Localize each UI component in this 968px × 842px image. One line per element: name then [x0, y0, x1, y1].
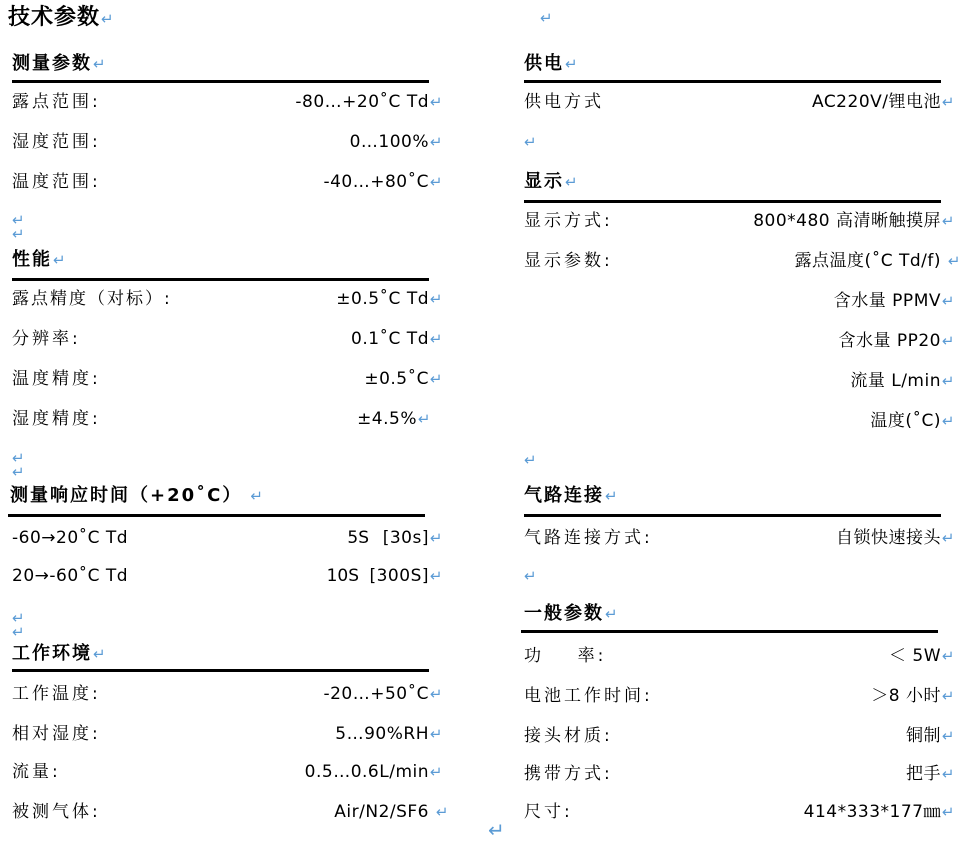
param-row-flow: 流量: 0.5…0.6L/min↵ — [12, 758, 429, 786]
param-row-power: 功 率: ＜ 5W↵ — [524, 642, 941, 670]
param-value: ±0.5˚C Td↵ — [336, 285, 429, 313]
paragraph-mark-icon: ↵ — [430, 168, 443, 196]
param-row-dewpoint-accuracy: 露点精度（对标）: ±0.5˚C Td↵ — [12, 285, 429, 313]
param-value: 露点温度(˚C Td/f)↵ — [795, 247, 941, 275]
param-label: 携带方式: — [524, 760, 613, 788]
param-value-text: AC220V/锂电池 — [812, 92, 941, 112]
param-value-text: 414*333*177㎜ — [804, 802, 941, 822]
paragraph-mark-icon: ↵ — [942, 682, 955, 710]
paragraph-mark-icon: ↵ — [430, 524, 443, 552]
param-label: 湿度范围: — [12, 128, 101, 156]
paragraph-mark-icon: ↵ — [605, 487, 620, 505]
left-column: 测量参数↵ 露点范围: -80…+20˚C Td↵ 湿度范围: 0…100%↵ … — [12, 0, 429, 842]
section-rule — [524, 514, 941, 517]
param-row-relative-humidity: 相对湿度: 5…90%RH↵ — [12, 720, 429, 748]
param-value-text: 自锁快速接头 — [836, 528, 941, 548]
section-heading-response-time: 测量响应时间（+20˚C）↵ — [10, 484, 265, 508]
heading-text: 测量参数 — [12, 53, 92, 74]
param-row-gas-connection-method: 气路连接方式: 自锁快速接头↵ — [524, 524, 941, 552]
paragraph-mark-icon: ↵ — [565, 55, 580, 73]
param-value: ＜ 5W↵ — [889, 642, 941, 670]
param-row-measured-gas: 被测气体: Air/N2/SF6↵ — [12, 798, 429, 826]
param-label: 尺寸: — [524, 798, 573, 826]
param-row-carry-method: 携带方式: 把手↵ — [524, 760, 941, 788]
param-row-resolution: 分辨率: 0.1˚C Td↵ — [12, 325, 429, 353]
response-value-typical: 10S — [327, 562, 359, 590]
paragraph-mark-icon: ↵ — [948, 247, 961, 275]
paragraph-mark-icon: ↵ — [430, 562, 443, 590]
param-label: 接头材质: — [524, 722, 613, 750]
paragraph-mark-icon: ↵ — [436, 798, 449, 826]
param-row-temperature-accuracy: 温度精度: ±0.5˚C↵ — [12, 365, 429, 393]
param-value: ±0.5˚C↵ — [364, 365, 429, 393]
section-heading-general: 一般参数↵ — [524, 602, 620, 626]
param-row-battery-time: 电池工作时间: ＞8 小时↵ — [524, 682, 941, 710]
response-value-max: [30s]↵ — [383, 524, 429, 552]
param-value-text: 把手 — [906, 764, 941, 784]
heading-text: 供电 — [524, 53, 564, 74]
paragraph-mark-icon: ↵ — [430, 720, 443, 748]
section-heading-display: 显示↵ — [524, 170, 580, 194]
response-label: 20→-60˚C Td — [12, 562, 128, 590]
section-rule — [524, 200, 941, 203]
param-value-text: 含水量 PPMV — [834, 291, 941, 311]
param-value-text: [30s] — [383, 528, 429, 548]
paragraph-mark-icon: ↵ — [942, 287, 955, 315]
section-rule — [12, 278, 429, 281]
param-value-text: [300S] — [369, 566, 429, 586]
param-value-text: 铜制 — [906, 726, 941, 746]
param-row-dewpoint-range: 露点范围: -80…+20˚C Td↵ — [12, 88, 429, 116]
param-value: 0…100%↵ — [350, 128, 429, 156]
section-heading-power-supply: 供电↵ — [524, 52, 580, 76]
paragraph-mark-icon: ↵ — [430, 758, 443, 786]
param-row-display-ppmv: 含水量 PPMV↵ — [524, 287, 941, 315]
section-rule — [524, 80, 941, 83]
paragraph-mark-icon: ↵ — [53, 251, 68, 269]
paragraph-mark-icon: ↵ — [93, 55, 108, 73]
param-label: 工作温度: — [12, 680, 101, 708]
paragraph-mark-icon: ↵ — [488, 822, 505, 838]
param-value: Air/N2/SF6↵ — [334, 798, 429, 826]
paragraph-mark-icon: ↵ — [430, 88, 443, 116]
param-value-text: 流量 L/min — [850, 371, 941, 391]
section-rule — [521, 630, 938, 633]
paragraph-mark-icon: ↵ — [430, 680, 443, 708]
param-value-text: 0.1˚C Td — [351, 329, 429, 349]
param-label: 功 率: — [524, 642, 606, 670]
param-value: ＞8 小时↵ — [871, 682, 941, 710]
paragraph-mark-icon: ↵ — [942, 642, 955, 670]
paragraph-mark-icon: ↵ — [565, 173, 580, 191]
section-rule — [8, 514, 425, 517]
paragraph-mark-icon: ↵ — [430, 325, 443, 353]
response-row-up: 20→-60˚C Td 10S [300S]↵ — [12, 562, 429, 590]
heading-text: 测量响应时间（+20˚C） — [10, 485, 242, 506]
param-value-text: ±4.5% — [357, 409, 417, 429]
param-value-text: 5…90%RH — [335, 724, 429, 744]
param-value: -80…+20˚C Td↵ — [295, 88, 429, 116]
heading-text: 气路连接 — [524, 485, 604, 506]
param-label: 电池工作时间: — [524, 682, 653, 710]
paragraph-mark-icon: ↵ — [418, 405, 431, 433]
paragraph-mark-icon: ↵ — [605, 605, 620, 623]
section-rule — [12, 80, 429, 83]
param-row-display-temperature: 温度(˚C)↵ — [524, 407, 941, 435]
param-row-humidity-accuracy: 湿度精度: ±4.5%↵ — [12, 405, 429, 433]
paragraph-mark-icon: ↵ — [93, 645, 108, 663]
response-value-typical: 5S — [347, 524, 369, 552]
param-value-text: 0…100% — [350, 132, 429, 152]
param-value: 0.1˚C Td↵ — [351, 325, 429, 353]
heading-text: 显示 — [524, 171, 564, 192]
param-value-text: 含水量 PP20 — [838, 331, 941, 351]
param-value: 含水量 PPMV↵ — [834, 287, 941, 315]
param-label: 露点范围: — [12, 88, 101, 116]
param-value: 含水量 PP20↵ — [838, 327, 941, 355]
param-row-dimensions: 尺寸: 414*333*177㎜↵ — [524, 798, 941, 826]
param-label: 湿度精度: — [12, 405, 101, 433]
paragraph-mark-icon: ↵ — [942, 524, 955, 552]
heading-text: 工作环境 — [12, 643, 92, 664]
param-label: 分辨率: — [12, 325, 81, 353]
param-label: 被测气体: — [12, 798, 101, 826]
section-heading-performance: 性能↵ — [12, 248, 68, 272]
paragraph-mark-icon: ↵ — [524, 134, 537, 150]
param-label: 温度精度: — [12, 365, 101, 393]
paragraph-mark-icon: ↵ — [942, 760, 955, 788]
param-value-text: ±0.5˚C Td — [336, 289, 429, 309]
param-row-display-pp20: 含水量 PP20↵ — [524, 327, 941, 355]
heading-text: 性能 — [12, 249, 52, 270]
param-value-text: -40…+80˚C — [323, 172, 429, 192]
param-value-text: 温度(˚C) — [870, 411, 941, 431]
param-label: 露点精度（对标）: — [12, 285, 172, 313]
param-label: 温度范围: — [12, 168, 101, 196]
paragraph-mark-icon: ↵ — [430, 365, 443, 393]
param-label: 显示参数: — [524, 247, 613, 275]
param-row-display-flow: 流量 L/min↵ — [524, 367, 941, 395]
section-heading-gas-connection: 气路连接↵ — [524, 484, 620, 508]
param-value-text: ＜ 5W — [889, 646, 941, 666]
param-value: 温度(˚C)↵ — [870, 407, 941, 435]
param-row-display-type: 显示方式: 800*480 高清晰触摸屏↵ — [524, 207, 941, 235]
response-value-max: [300S]↵ — [369, 562, 429, 590]
section-rule — [12, 669, 429, 672]
paragraph-mark-icon: ↵ — [524, 452, 537, 468]
param-row-humidity-range: 湿度范围: 0…100%↵ — [12, 128, 429, 156]
param-value: -20…+50˚C↵ — [323, 680, 429, 708]
section-heading-work-environment: 工作环境↵ — [12, 642, 108, 666]
section-heading-measurement-params: 测量参数↵ — [12, 52, 108, 76]
param-label: 供电方式 — [524, 88, 604, 116]
param-value: -40…+80˚C↵ — [323, 168, 429, 196]
heading-text: 一般参数 — [524, 603, 604, 624]
param-value: 把手↵ — [906, 760, 941, 788]
paragraph-mark-icon: ↵ — [942, 722, 955, 750]
param-value: 铜制↵ — [906, 722, 941, 750]
param-value-text: -20…+50˚C — [323, 684, 429, 704]
response-label: -60→20˚C Td — [12, 524, 128, 552]
param-value: 5…90%RH↵ — [335, 720, 429, 748]
param-value-text: -80…+20˚C Td — [295, 92, 429, 112]
param-row-display-params: 显示参数: 露点温度(˚C Td/f)↵ — [524, 247, 941, 275]
paragraph-mark-icon: ↵ — [942, 367, 955, 395]
paragraph-mark-icon: ↵ — [942, 88, 955, 116]
param-label: 气路连接方式: — [524, 524, 653, 552]
param-label: 流量: — [12, 758, 61, 786]
right-column: 供电↵ 供电方式 AC220V/锂电池↵ ↵ 显示↵ 显示方式: 800*480… — [524, 0, 941, 842]
paragraph-mark-icon: ↵ — [430, 128, 443, 156]
paragraph-mark-icon: ↵ — [942, 407, 955, 435]
param-label: 相对湿度: — [12, 720, 101, 748]
param-value-text: Air/N2/SF6 — [334, 802, 429, 822]
param-value: 414*333*177㎜↵ — [804, 798, 941, 826]
param-row-power-method: 供电方式 AC220V/锂电池↵ — [524, 88, 941, 116]
response-row-down: -60→20˚C Td 5S [30s]↵ — [12, 524, 429, 552]
paragraph-mark-icon: ↵ — [12, 624, 25, 640]
paragraph-mark-icon: ↵ — [942, 207, 955, 235]
param-value-text: ＞8 小时 — [871, 686, 941, 706]
param-value: 流量 L/min↵ — [850, 367, 941, 395]
param-value: 自锁快速接头↵ — [836, 524, 941, 552]
paragraph-mark-icon: ↵ — [430, 285, 443, 313]
paragraph-mark-icon: ↵ — [942, 798, 955, 826]
param-value: ±4.5%↵ — [357, 405, 417, 433]
paragraph-mark-icon: ↵ — [12, 464, 25, 480]
param-value-text: 800*480 高清晰触摸屏 — [753, 211, 941, 231]
param-row-connector-material: 接头材质: 铜制↵ — [524, 722, 941, 750]
param-value-text: 0.5…0.6L/min — [305, 762, 429, 782]
param-value: AC220V/锂电池↵ — [812, 88, 941, 116]
param-value: 800*480 高清晰触摸屏↵ — [753, 207, 941, 235]
param-value-text: ±0.5˚C — [364, 369, 429, 389]
param-row-temperature-range: 温度范围: -40…+80˚C↵ — [12, 168, 429, 196]
paragraph-mark-icon: ↵ — [942, 327, 955, 355]
param-label: 显示方式: — [524, 207, 613, 235]
param-value-text: 露点温度(˚C Td/f) — [795, 251, 941, 271]
paragraph-mark-icon: ↵ — [524, 568, 537, 584]
param-row-working-temperature: 工作温度: -20…+50˚C↵ — [12, 680, 429, 708]
param-value: 0.5…0.6L/min↵ — [305, 758, 429, 786]
paragraph-mark-icon: ↵ — [250, 487, 265, 505]
paragraph-mark-icon: ↵ — [12, 226, 25, 242]
